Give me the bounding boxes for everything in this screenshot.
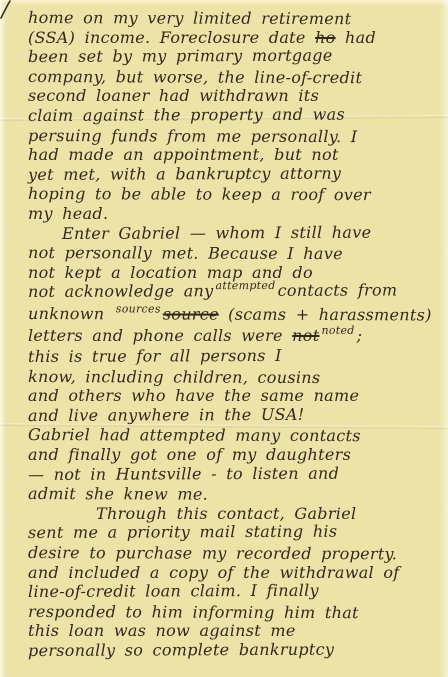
handwritten-line: — not in Huntsville - to listen and <box>28 463 432 484</box>
inserted-word: sources <box>116 302 161 315</box>
handwritten-line: this loan was now against me <box>28 621 432 641</box>
handwritten-line: yet met, with a bankruptcy attorny <box>28 163 432 184</box>
text-segment: responded to him informing him that <box>28 602 359 622</box>
handwritten-line: had made an appointment, but not <box>28 145 432 165</box>
text-segment: (SSA) income. Foreclosure date <box>28 28 315 47</box>
text-segment: Gabriel had attempted many contacts <box>28 425 361 445</box>
text-segment: unknown <box>28 304 114 323</box>
text-segment: and included a copy of the withdrawal of <box>28 563 400 582</box>
handwritten-line: Enter Gabriel — whom I still have <box>62 222 432 243</box>
text-segment: claim against the property and was <box>28 105 345 125</box>
text-segment: not acknowledge any <box>28 282 214 302</box>
text-segment: desire to purchase my recorded property. <box>28 543 397 563</box>
handwritten-line: letters and phone calls were notnoted; <box>28 326 432 348</box>
handwritten-line: personally so complete bankruptcy <box>28 639 432 660</box>
paper-left-edge <box>0 0 6 677</box>
handwritten-line: my head. <box>28 204 432 224</box>
handwritten-line: line-of-credit loan claim. I finally <box>28 580 432 601</box>
struck-word: ho <box>315 28 336 47</box>
text-segment: letters and phone calls were <box>28 326 292 345</box>
text-segment: (scams + harassments) <box>219 305 432 325</box>
text-segment: home on my very limited retirement <box>28 8 351 28</box>
inserted-word: noted <box>321 324 354 337</box>
text-segment: hoping to be able to keep a roof over <box>28 184 371 204</box>
text-segment: company, but worse, the line-of-credit <box>28 67 362 87</box>
text-segment: been set by my primary mortgage <box>28 46 333 66</box>
text-segment: second loaner had withdrawn its <box>28 86 319 105</box>
letter-page: home on my very limited retirement(SSA) … <box>0 0 448 677</box>
handwritten-line: not acknowledge anyattemptedcontacts fro… <box>28 281 432 304</box>
text-segment: and finally got one of my daughters <box>28 445 351 464</box>
handwritten-line: and others who have the same name <box>28 386 432 406</box>
handwritten-line: this is true for all persons I <box>28 345 432 366</box>
text-segment: this is true for all persons I <box>28 346 282 366</box>
struck-word: not <box>292 326 319 345</box>
text-segment: not personally met. Because I have <box>28 243 343 263</box>
text-segment: Enter Gabriel — whom I still have <box>62 222 371 242</box>
text-segment: and others who have the same name <box>28 386 359 405</box>
text-segment: had made an appointment, but not <box>28 145 339 164</box>
text-segment: ; <box>357 326 363 345</box>
handwritten-line: not personally met. Because I have <box>28 243 432 264</box>
handwritten-line: and included a copy of the withdrawal of <box>28 563 432 583</box>
handwritten-line: and finally got one of my daughters <box>28 445 432 465</box>
text-segment: personally so complete bankruptcy <box>28 640 334 660</box>
handwritten-line: sent me a priority mail stating his <box>28 522 432 543</box>
text-segment: and live anywhere in the USA! <box>28 405 305 425</box>
handwritten-line: unknown sourcessource (scams + harassmen… <box>28 304 432 327</box>
text-segment: contacts from <box>278 281 398 301</box>
text-segment: sent me a priority mail stating his <box>28 522 337 542</box>
text-segment: this loan was now against me <box>28 621 296 640</box>
handwritten-line: hoping to be able to keep a roof over <box>28 184 432 205</box>
paper-top-edge <box>0 0 448 6</box>
text-segment: know, including children, cousins <box>28 367 320 387</box>
text-segment: admit she knew me. <box>28 484 208 504</box>
handwritten-line: know, including children, cousins <box>28 367 432 388</box>
text-segment: yet met, with a bankruptcy attorny <box>28 163 341 183</box>
handwritten-line: claim against the property and was <box>28 104 432 125</box>
text-segment: line-of-credit loan claim. I finally <box>28 581 319 601</box>
struck-word: source <box>163 304 219 323</box>
text-segment: my head. <box>28 204 108 223</box>
text-segment: Through this contact, Gabriel <box>96 504 356 523</box>
text-segment: persuing funds from me personally. I <box>28 126 357 146</box>
stray-pen-mark <box>0 0 16 20</box>
handwritten-line: admit she knew me. <box>28 484 432 505</box>
paper-right-edge <box>440 0 448 677</box>
handwritten-line: been set by my primary mortgage <box>28 45 432 66</box>
handwritten-line: Gabriel had attempted many contacts <box>28 425 432 446</box>
handwritten-line: desire to purchase my recorded property. <box>28 543 432 564</box>
handwritten-line: company, but worse, the line-of-credit <box>28 67 432 88</box>
letter-body: home on my very limited retirement(SSA) … <box>28 8 432 661</box>
handwritten-line: persuing funds from me personally. I <box>28 126 432 147</box>
text-segment: had <box>336 28 376 47</box>
inserted-word: attempted <box>215 279 275 292</box>
handwritten-line: second loaner had withdrawn its <box>28 86 432 106</box>
handwritten-line: responded to him informing him that <box>28 602 432 623</box>
handwritten-line: (SSA) income. Foreclosure date ho had <box>28 28 432 48</box>
handwritten-line: home on my very limited retirement <box>28 8 432 29</box>
handwritten-line: and live anywhere in the USA! <box>28 404 432 425</box>
text-segment: — not in Huntsville - to listen and <box>28 463 339 483</box>
